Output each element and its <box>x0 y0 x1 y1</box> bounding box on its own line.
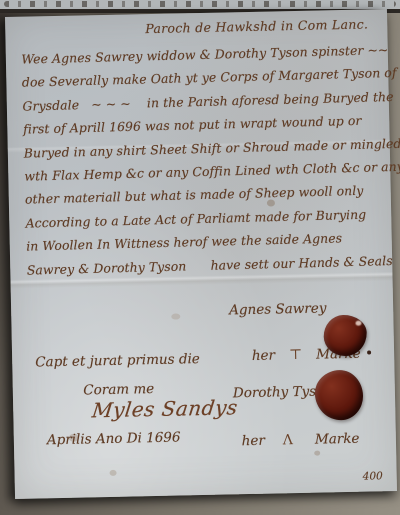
parish-header: Paroch de Hawkshd in Com Lanc. <box>145 16 368 36</box>
signatory-name-agnes-sawrey: Agnes Sawrey <box>229 300 327 318</box>
dorothy-mark-row: herΛMarke <box>215 415 359 466</box>
corner-annotation: 400 <box>363 470 383 482</box>
document-photo: Paroch de Hawkshd in Com Lanc. Wee Agnes… <box>0 0 400 515</box>
affidavit-body: Wee Agnes Sawrey widdow & Dorothy Tyson … <box>21 38 387 281</box>
affidavit-paper: Paroch de Hawkshd in Com Lanc. Wee Agnes… <box>5 9 397 499</box>
cutoff-handwriting-decoration <box>4 1 396 7</box>
coram-me-label: Coram me <box>83 381 154 398</box>
dorothy-personal-mark: Λ <box>265 432 315 449</box>
marke-label: Marke <box>315 431 360 448</box>
her-label: her <box>252 347 275 363</box>
ink-dot <box>367 350 371 354</box>
wax-seal-dorothy <box>314 370 363 421</box>
her-label: her <box>242 433 265 449</box>
agnes-personal-mark: ⊤ <box>275 347 316 364</box>
coram-row: Coram me Myles Sandys <box>52 357 238 442</box>
